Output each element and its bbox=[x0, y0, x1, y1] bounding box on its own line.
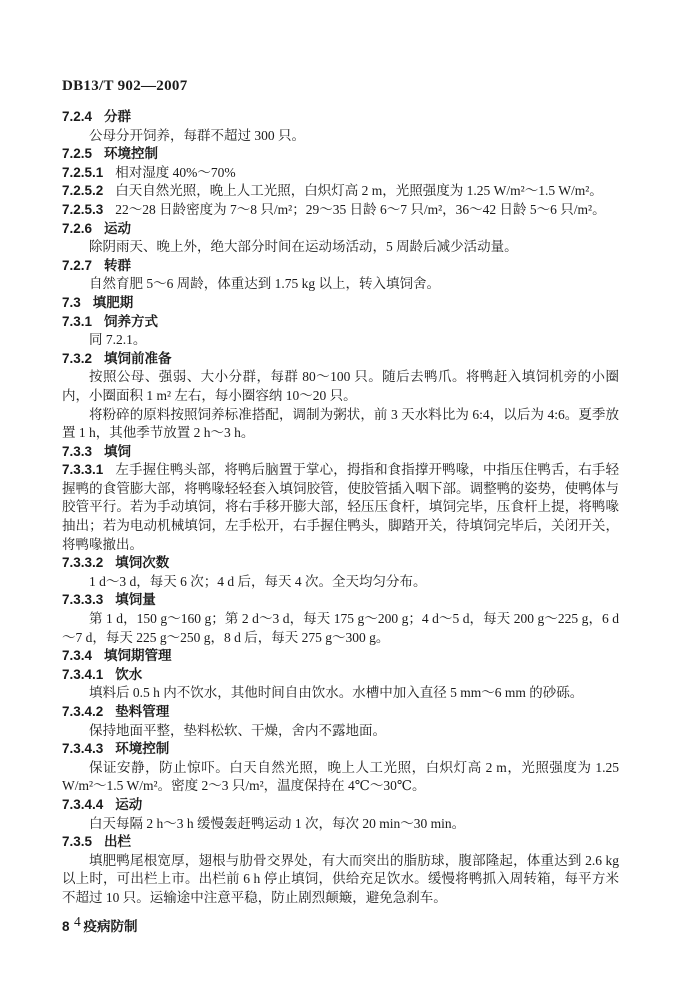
heading-title: 运动 bbox=[104, 221, 131, 236]
clause-number: 7.2.7 bbox=[62, 258, 104, 273]
page-number: 4 bbox=[74, 914, 81, 930]
clause-number: 7.2.5.2 bbox=[62, 183, 115, 198]
numbered-clause: 7.2.5.1相对湿度 40%～70% bbox=[62, 164, 619, 183]
heading-title: 分群 bbox=[104, 109, 131, 124]
clause-number: 7.3.1 bbox=[62, 314, 104, 329]
section-heading: 7.3.4.2垫料管理 bbox=[62, 703, 619, 722]
clause-number: 7.3.3.1 bbox=[62, 462, 115, 477]
clause-number: 7.3.3.2 bbox=[62, 555, 115, 570]
section-heading: 7.3.4.3环境控制 bbox=[62, 740, 619, 759]
paragraph: 保持地面平整，垫料松软、干燥，舍内不露地面。 bbox=[62, 722, 619, 741]
clause-number: 7.3.3 bbox=[62, 444, 104, 459]
clause-number: 7.3.4.2 bbox=[62, 704, 115, 719]
paragraph: 白天每隔 2 h～3 h 缓慢轰赶鸭运动 1 次，每次 20 min～30 mi… bbox=[62, 815, 619, 834]
heading-title: 填饲次数 bbox=[115, 555, 169, 570]
section-heading: 7.3.3填饲 bbox=[62, 443, 619, 462]
heading-title: 环境控制 bbox=[115, 741, 169, 756]
paragraph: 保证安静，防止惊吓。白天自然光照，晚上人工光照，白炽灯高 2 m，光照强度为 1… bbox=[62, 759, 619, 796]
section-heading: 7.3.4.4运动 bbox=[62, 796, 619, 815]
section-heading: 7.3.4.1饮水 bbox=[62, 666, 619, 685]
paragraph: 填肥鸭尾根宽厚，翅根与肋骨交界处，有大而突出的脂肪球，腹部隆起，体重达到 2.6… bbox=[62, 852, 619, 908]
paragraph: 同 7.2.1。 bbox=[62, 331, 619, 350]
chapter-heading: 8疫病防制 bbox=[62, 918, 619, 937]
clause-number: 7.3.4 bbox=[62, 648, 104, 663]
heading-title: 疫病防制 bbox=[84, 919, 138, 934]
document-page: DB13/T 902—2007 7.2.4分群公母分开饲养，每群不超过 300 … bbox=[0, 0, 680, 986]
clause-text: 22～28 日龄密度为 7～8 只/m²；29～35 日龄 6～7 只/m²，3… bbox=[115, 202, 605, 217]
heading-title: 运动 bbox=[115, 797, 142, 812]
section-heading: 7.3.1饲养方式 bbox=[62, 313, 619, 332]
section-heading: 7.2.4分群 bbox=[62, 108, 619, 127]
section-heading: 7.3.3.2填饲次数 bbox=[62, 554, 619, 573]
section-heading: 7.2.7转群 bbox=[62, 257, 619, 276]
heading-title: 填饲量 bbox=[115, 592, 156, 607]
paragraph: 将粉碎的原料按照饲养标准搭配，调制为粥状，前 3 天水料比为 6:4，以后为 4… bbox=[62, 406, 619, 443]
heading-title: 垫料管理 bbox=[115, 704, 169, 719]
clause-number: 7.3.4.1 bbox=[62, 667, 115, 682]
section-heading: 7.2.6运动 bbox=[62, 220, 619, 239]
clause-text: 相对湿度 40%～70% bbox=[115, 165, 235, 180]
paragraph: 公母分开饲养，每群不超过 300 只。 bbox=[62, 127, 619, 146]
heading-title: 饲养方式 bbox=[104, 314, 158, 329]
clause-number: 7.3.3.3 bbox=[62, 592, 115, 607]
heading-title: 填饲 bbox=[104, 444, 131, 459]
clause-text: 左手握住鸭头部，将鸭后脑置于掌心，拇指和食指撑开鸭喙，中指压住鸭舌，右手轻握鸭的… bbox=[62, 462, 619, 551]
standard-number-header: DB13/T 902—2007 bbox=[62, 78, 188, 95]
clause-number: 7.3.4.4 bbox=[62, 797, 115, 812]
section-heading: 7.2.5环境控制 bbox=[62, 145, 619, 164]
paragraph: 自然育肥 5～6 周龄，体重达到 1.75 kg 以上，转入填饲舍。 bbox=[62, 275, 619, 294]
numbered-clause: 7.3.3.1左手握住鸭头部，将鸭后脑置于掌心，拇指和食指撑开鸭喙，中指压住鸭舌… bbox=[62, 461, 619, 554]
heading-title: 转群 bbox=[104, 258, 131, 273]
clause-number: 7.3.4.3 bbox=[62, 741, 115, 756]
section-heading: 7.3.3.3填饲量 bbox=[62, 591, 619, 610]
clause-number: 7.2.6 bbox=[62, 221, 104, 236]
clause-number: 7.2.5 bbox=[62, 146, 104, 161]
clause-number: 7.3.2 bbox=[62, 351, 104, 366]
paragraph: 第 1 d，150 g～160 g；第 2 d～3 d，每天 175 g～200… bbox=[62, 610, 619, 647]
paragraph: 按照公母、强弱、大小分群，每群 80～100 只。随后去鸭爪。将鸭赶入填饲机旁的… bbox=[62, 368, 619, 405]
heading-title: 环境控制 bbox=[104, 146, 158, 161]
paragraph: 1 d～3 d，每天 6 次；4 d 后，每天 4 次。全天均匀分布。 bbox=[62, 573, 619, 592]
clause-number: 7.3 bbox=[62, 295, 93, 310]
numbered-clause: 7.2.5.2白天自然光照，晚上人工光照，白炽灯高 2 m，光照强度为 1.25… bbox=[62, 182, 619, 201]
paragraph: 填料后 0.5 h 内不饮水，其他时间自由饮水。水槽中加入直径 5 mm～6 m… bbox=[62, 684, 619, 703]
section-heading: 7.3填肥期 bbox=[62, 294, 619, 313]
section-heading: 7.3.5出栏 bbox=[62, 833, 619, 852]
heading-title: 出栏 bbox=[104, 834, 131, 849]
section-heading: 7.3.4填饲期管理 bbox=[62, 647, 619, 666]
clause-number: 7.2.5.3 bbox=[62, 202, 115, 217]
heading-title: 填饲前准备 bbox=[104, 351, 172, 366]
heading-title: 填肥期 bbox=[93, 295, 134, 310]
section-heading: 7.3.2填饲前准备 bbox=[62, 350, 619, 369]
heading-title: 饮水 bbox=[115, 667, 142, 682]
clause-number: 7.3.5 bbox=[62, 834, 104, 849]
clause-number: 7.2.4 bbox=[62, 109, 104, 124]
clause-text: 白天自然光照，晚上人工光照，白炽灯高 2 m，光照强度为 1.25 W/m²～1… bbox=[115, 183, 602, 198]
paragraph: 除阴雨天、晚上外，绝大部分时间在运动场活动，5 周龄后减少活动量。 bbox=[62, 238, 619, 257]
numbered-clause: 7.2.5.322～28 日龄密度为 7～8 只/m²；29～35 日龄 6～7… bbox=[62, 201, 619, 220]
heading-title: 填饲期管理 bbox=[104, 648, 172, 663]
clause-number: 7.2.5.1 bbox=[62, 165, 115, 180]
document-content: 7.2.4分群公母分开饲养，每群不超过 300 只。7.2.5环境控制7.2.5… bbox=[62, 108, 619, 936]
